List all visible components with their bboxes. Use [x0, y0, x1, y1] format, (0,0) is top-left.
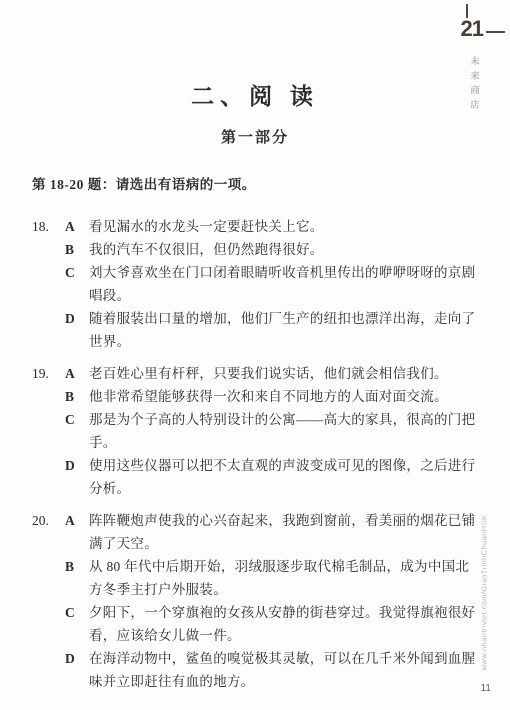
- option-letter: C: [65, 261, 89, 284]
- option-row: D 在海洋动物中，鲨鱼的嗅觉极其灵敏，可以在几千米外闻到血腥味并立即赶往有血的地…: [32, 647, 478, 693]
- option-text: 阵阵鞭炮声使我的心兴奋起来，我跑到窗前，看美丽的烟花已铺满了天空。: [89, 509, 478, 555]
- option-letter: C: [65, 601, 89, 624]
- question-18: 18. A 看见漏水的水龙头一定要赶快关上它。 B 我的汽车不仅很旧，但仍然跑得…: [32, 215, 478, 353]
- option-row: C 刘大爷喜欢坐在门口闭着眼睛听收音机里传出的咿咿呀呀的京剧唱段。: [32, 261, 478, 307]
- option-text: 看见漏水的水龙头一定要赶快关上它。: [89, 215, 478, 238]
- question-list: 18. A 看见漏水的水龙头一定要赶快关上它。 B 我的汽车不仅很旧，但仍然跑得…: [32, 215, 478, 693]
- option-row: C 夕阳下，一个穿旗袍的女孩从安静的街巷穿过。我觉得旗袍很好看，应该给女儿做一件…: [32, 601, 478, 647]
- textbook-page: 21 未来商店 二、阅 读 第一部分 第 18-20 题：请选出有语病的一项。 …: [0, 0, 510, 710]
- option-text: 使用这些仪器可以把不太直观的声波变成可见的图像，之后进行分析。: [89, 454, 478, 500]
- option-text: 我的汽车不仅很旧，但仍然跑得很好。: [89, 238, 478, 261]
- option-letter: B: [65, 385, 89, 408]
- option-text: 在海洋动物中，鲨鱼的嗅觉极其灵敏，可以在几千米外闻到血腥味并立即赶往有血的地方。: [89, 647, 478, 693]
- option-row: B 我的汽车不仅很旧，但仍然跑得很好。: [32, 238, 478, 261]
- option-letter: D: [65, 307, 89, 330]
- option-row: 18. A 看见漏水的水龙头一定要赶快关上它。: [32, 215, 478, 238]
- option-text: 夕阳下，一个穿旗袍的女孩从安静的街巷穿过。我觉得旗袍很好看，应该给女儿做一件。: [89, 601, 478, 647]
- option-row: D 使用这些仪器可以把不太直观的声波变成可见的图像，之后进行分析。: [32, 454, 478, 500]
- part-subtitle: 第一部分: [0, 126, 510, 147]
- option-letter: C: [65, 408, 89, 431]
- option-text: 刘大爷喜欢坐在门口闭着眼睛听收音机里传出的咿咿呀呀的京剧唱段。: [89, 261, 478, 307]
- page-content: 二、阅 读 第一部分 第 18-20 题：请选出有语病的一项。 18. A 看见…: [0, 0, 510, 702]
- option-row: 19. A 老百姓心里有杆秤，只要我们说实话，他们就会相信我们。: [32, 362, 478, 385]
- question-number: 18.: [32, 215, 65, 238]
- option-letter: B: [65, 555, 89, 578]
- option-row: C 那是为个子高的人特别设计的公寓——高大的家具，很高的门把手。: [32, 408, 478, 454]
- option-row: D 随着服装出口量的增加，他们厂生产的纽扣也漂洋出海，走向了世界。: [32, 307, 478, 353]
- question-number: 19.: [32, 362, 65, 385]
- option-row: 20. A 阵阵鞭炮声使我的心兴奋起来，我跑到窗前，看美丽的烟花已铺满了天空。: [32, 509, 478, 555]
- publisher-url-vertical: www.nhantriviet.com/GiaoTrinhChuanHSK: [480, 513, 489, 673]
- option-row: B 他非常希望能够获得一次和来自不同地方的人面对面交流。: [32, 385, 478, 408]
- option-text: 老百姓心里有杆秤，只要我们说实话，他们就会相信我们。: [89, 362, 478, 385]
- question-number: 20.: [32, 509, 65, 532]
- option-letter: A: [65, 362, 89, 385]
- option-letter: A: [65, 215, 89, 238]
- option-text: 随着服装出口量的增加，他们厂生产的纽扣也漂洋出海，走向了世界。: [89, 307, 478, 353]
- option-letter: D: [65, 454, 89, 477]
- instruction-text: 第 18-20 题：请选出有语病的一项。: [32, 173, 510, 193]
- option-letter: D: [65, 647, 89, 670]
- page-number: 11: [481, 683, 491, 694]
- section-title: 二、阅 读: [0, 78, 510, 111]
- option-text: 从 80 年代中后期开始，羽绒服逐步取代棉毛制品，成为中国北方冬季主打户外服装。: [89, 555, 478, 601]
- question-20: 20. A 阵阵鞭炮声使我的心兴奋起来，我跑到窗前，看美丽的烟花已铺满了天空。 …: [32, 509, 478, 693]
- question-19: 19. A 老百姓心里有杆秤，只要我们说实话，他们就会相信我们。 B 他非常希望…: [32, 362, 478, 500]
- option-row: B 从 80 年代中后期开始，羽绒服逐步取代棉毛制品，成为中国北方冬季主打户外服…: [32, 555, 478, 601]
- option-letter: A: [65, 509, 89, 532]
- option-text: 那是为个子高的人特别设计的公寓——高大的家具，很高的门把手。: [89, 408, 478, 454]
- option-letter: B: [65, 238, 89, 261]
- option-text: 他非常希望能够获得一次和来自不同地方的人面对面交流。: [89, 385, 478, 408]
